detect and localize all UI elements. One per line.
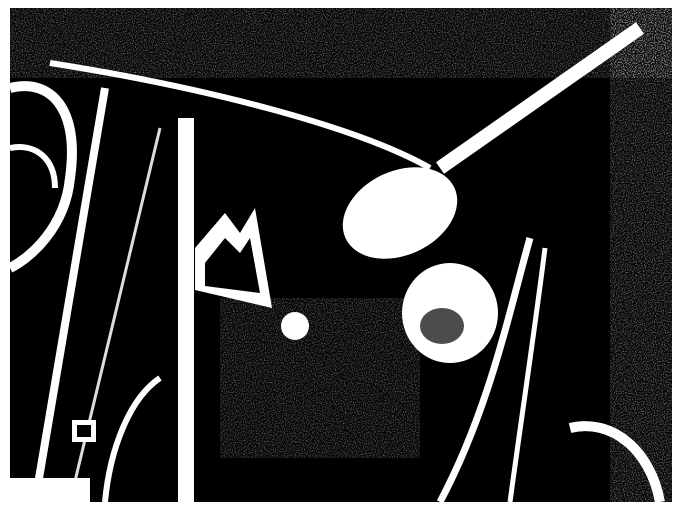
dithered-photograph: High-contrast dithered black-and-white p… bbox=[10, 8, 672, 502]
photo-shapes bbox=[10, 8, 672, 502]
